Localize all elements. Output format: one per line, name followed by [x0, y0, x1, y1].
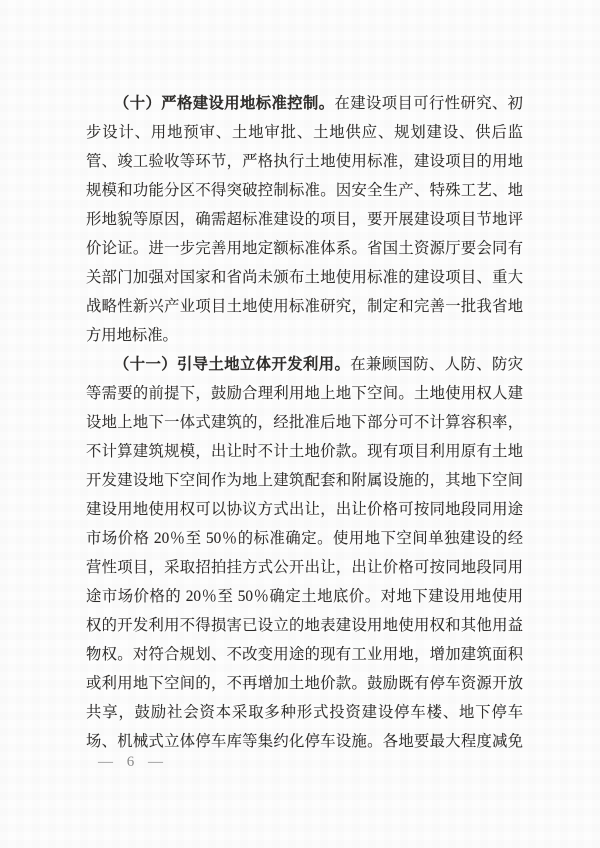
clause-heading: （十）严格建设用地标准控制。 [114, 95, 334, 112]
text-line: 共享，鼓励社会资本采取多种形式投资建设停车楼、地下停车 [86, 698, 523, 727]
text-line: 形地貌等原因，确需超标准建设的项目，要开展建设项目节地评 [86, 205, 523, 234]
text-line: 管、竣工验收等环节，严格执行土地使用标准，建设项目的用地 [86, 147, 523, 176]
text-line: 方用地标准。 [86, 321, 523, 350]
text-line: 权的开发利用不得损害已设立的地表建设用地使用权和其他用益 [86, 611, 523, 640]
text-line: 市场价格 20％至 50％的标准确定。使用地下空间单独建设的经 [86, 524, 523, 553]
text-line: 不计算建筑规模，出让时不计土地价款。现有项目利用原有土地 [86, 437, 523, 466]
body-text: 在兼顾国防、人防、防灾 [350, 356, 523, 373]
body-text: 方用地标准。 [86, 327, 178, 344]
text-line: （十一）引导土地立体开发利用。在兼顾国防、人防、防灾 [86, 350, 523, 379]
text-line: 建设用地使用权可以协议方式出让，出让价格可按同地段同用途 [86, 495, 523, 524]
text-line: 规模和功能分区不得突破控制标准。因安全生产、特殊工艺、地 [86, 176, 523, 205]
body-text: 管、竣工验收等环节，严格执行土地使用标准，建设项目的用地 [86, 153, 523, 170]
document-page: （十）严格建设用地标准控制。在建设项目可行性研究、初步设计、用地预审、土地审批、… [0, 0, 600, 848]
body-text: 等需要的前提下，鼓励合理利用地上地下空间。土地使用权人建 [86, 385, 523, 402]
body-text: 不计算建筑规模，出让时不计土地价款。现有项目利用原有土地 [86, 443, 523, 460]
body-text: 关部门加强对国家和省尚未颁布土地使用标准的建设项目、重大 [86, 269, 523, 286]
body-text: 规模和功能分区不得突破控制标准。因安全生产、特殊工艺、地 [86, 182, 523, 199]
text-line: 途市场价格的 20％至 50％确定土地底价。对地下建设用地使用 [86, 582, 523, 611]
text-line: 价论证。进一步完善用地定额标准体系。省国土资源厅要会同有 [86, 234, 523, 263]
body-text: 在建设项目可行性研究、初 [334, 95, 523, 112]
body-text: 场、机械式立体停车库等集约化停车设施。各地要最大程度减免 [86, 733, 523, 750]
body-text: 或利用地下空间的，不再增加土地价款。鼓励既有停车资源开放 [86, 675, 523, 692]
body-text: 营性项目，采取招拍挂方式公开出让，出让价格可按同地段同用 [86, 559, 523, 576]
text-line: 战略性新兴产业项目土地使用标准研究，制定和完善一批我省地 [86, 292, 523, 321]
body-text: 战略性新兴产业项目土地使用标准研究，制定和完善一批我省地 [86, 298, 523, 315]
body-text: 市场价格 20％至 50％的标准确定。使用地下空间单独建设的经 [86, 530, 523, 547]
text-block: （十）严格建设用地标准控制。在建设项目可行性研究、初步设计、用地预审、土地审批、… [86, 89, 523, 756]
text-line: 关部门加强对国家和省尚未颁布土地使用标准的建设项目、重大 [86, 263, 523, 292]
body-text: 形地貌等原因，确需超标准建设的项目，要开展建设项目节地评 [86, 211, 523, 228]
body-text: 建设用地使用权可以协议方式出让，出让价格可按同地段同用途 [86, 501, 523, 518]
page-number: — 6 — [98, 750, 166, 774]
body-text: 步设计、用地预审、土地审批、土地供应、规划建设、供后监 [86, 124, 523, 141]
body-text: 共享，鼓励社会资本采取多种形式投资建设停车楼、地下停车 [86, 704, 523, 721]
text-line: 营性项目，采取招拍挂方式公开出让，出让价格可按同地段同用 [86, 553, 523, 582]
text-line: 等需要的前提下，鼓励合理利用地上地下空间。土地使用权人建 [86, 379, 523, 408]
text-line: 物权。对符合规划、不改变用途的现有工业用地，增加建筑面积 [86, 640, 523, 669]
text-line: 设地上地下一体式建筑的，经批准后地下部分可不计算容积率， [86, 408, 523, 437]
body-text: 权的开发利用不得损害已设立的地表建设用地使用权和其他用益 [86, 617, 523, 634]
text-line: 开发建设地下空间作为地上建筑配套和附属设施的，其地下空间 [86, 466, 523, 495]
body-text: 开发建设地下空间作为地上建筑配套和附属设施的，其地下空间 [86, 472, 523, 489]
body-text: 途市场价格的 20％至 50％确定土地底价。对地下建设用地使用 [86, 588, 523, 605]
text-line: 或利用地下空间的，不再增加土地价款。鼓励既有停车资源开放 [86, 669, 523, 698]
body-text: 物权。对符合规划、不改变用途的现有工业用地，增加建筑面积 [86, 646, 523, 663]
text-line: 步设计、用地预审、土地审批、土地供应、规划建设、供后监 [86, 118, 523, 147]
body-text: 价论证。进一步完善用地定额标准体系。省国土资源厅要会同有 [86, 240, 523, 257]
clause-heading: （十一）引导土地立体开发利用。 [114, 356, 350, 373]
body-text: 设地上地下一体式建筑的，经批准后地下部分可不计算容积率， [86, 414, 523, 431]
text-line: （十）严格建设用地标准控制。在建设项目可行性研究、初 [86, 89, 523, 118]
